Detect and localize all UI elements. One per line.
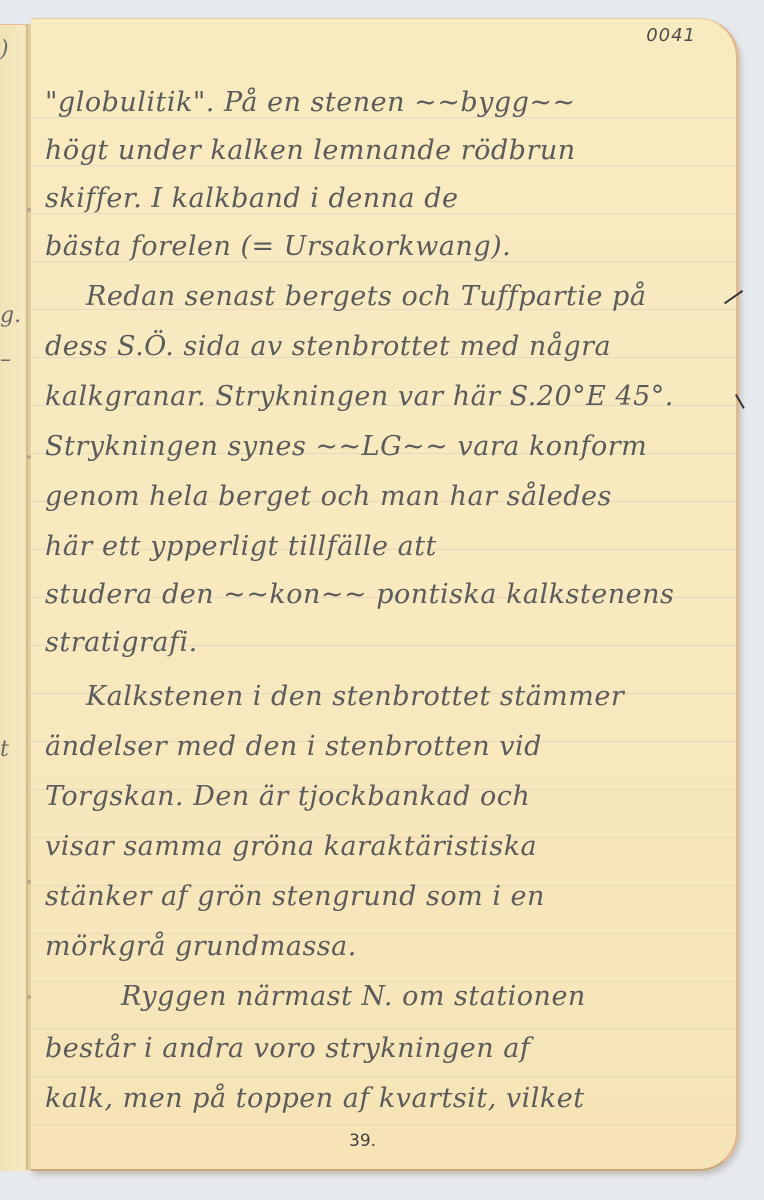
handwritten-line: stänker af grön stengrund som i en bbox=[45, 881, 545, 912]
handwritten-line: genom hela berget och man har således bbox=[45, 481, 612, 512]
handwritten-line: Strykningen synes ~~LG~~ vara konform bbox=[45, 431, 647, 462]
handwritten-line: högt under kalken lemnande rödbrun bbox=[45, 135, 576, 166]
ruled-line bbox=[31, 1125, 736, 1126]
handwritten-line: mörkgrå grundmassa. bbox=[45, 931, 357, 962]
handwritten-line: stratigrafi. bbox=[45, 627, 198, 658]
ruled-line bbox=[31, 1029, 736, 1030]
notebook-page: 0041 "globulitik". På en stenen ~~bygg~~… bbox=[31, 18, 739, 1171]
handwritten-line: Redan senast bergets och Tuffpartie på bbox=[86, 281, 646, 312]
handwritten-line: "globulitik". På en stenen ~~bygg~~ bbox=[45, 87, 576, 118]
handwritten-line: kalk, men på toppen af kvartsit, vilket bbox=[45, 1083, 585, 1114]
handwritten-line: består i andra voro strykningen af bbox=[45, 1033, 530, 1064]
handwritten-line: här ett ypperligt tillfälle att bbox=[45, 531, 437, 562]
left-page-fragment: g. bbox=[0, 303, 21, 328]
left-page-fragment: t bbox=[0, 737, 9, 762]
handwritten-line: kalkgranar. Strykningen var här S.20°E 4… bbox=[45, 381, 674, 412]
handwritten-line: skiffer. I kalkband i denna de bbox=[45, 183, 458, 214]
handwritten-line: ändelser med den i stenbrotten vid bbox=[45, 731, 542, 762]
ruled-line bbox=[31, 1077, 736, 1078]
left-page-fragment: – bbox=[0, 347, 11, 372]
handwritten-line: visar samma gröna karaktäristiska bbox=[45, 831, 537, 862]
handwritten-line: Kalkstenen i den stenbrottet stämmer bbox=[86, 681, 624, 712]
archive-page-id: 0041 bbox=[646, 25, 696, 46]
handwritten-line: dess S.Ö. sida av stenbrottet med några bbox=[45, 331, 611, 362]
handwritten-line: Torgskan. Den är tjockbankad och bbox=[45, 781, 530, 812]
left-page-fragment: ) bbox=[0, 37, 9, 62]
handwritten-line: studera den ~~kon~~ pontiska kalkstenens bbox=[45, 579, 674, 610]
handwritten-line: bästa forelen (= Ursakorkwang). bbox=[45, 231, 511, 262]
page-number: 39. bbox=[349, 1131, 376, 1151]
handwritten-line: Ryggen närmast N. om stationen bbox=[121, 981, 586, 1012]
